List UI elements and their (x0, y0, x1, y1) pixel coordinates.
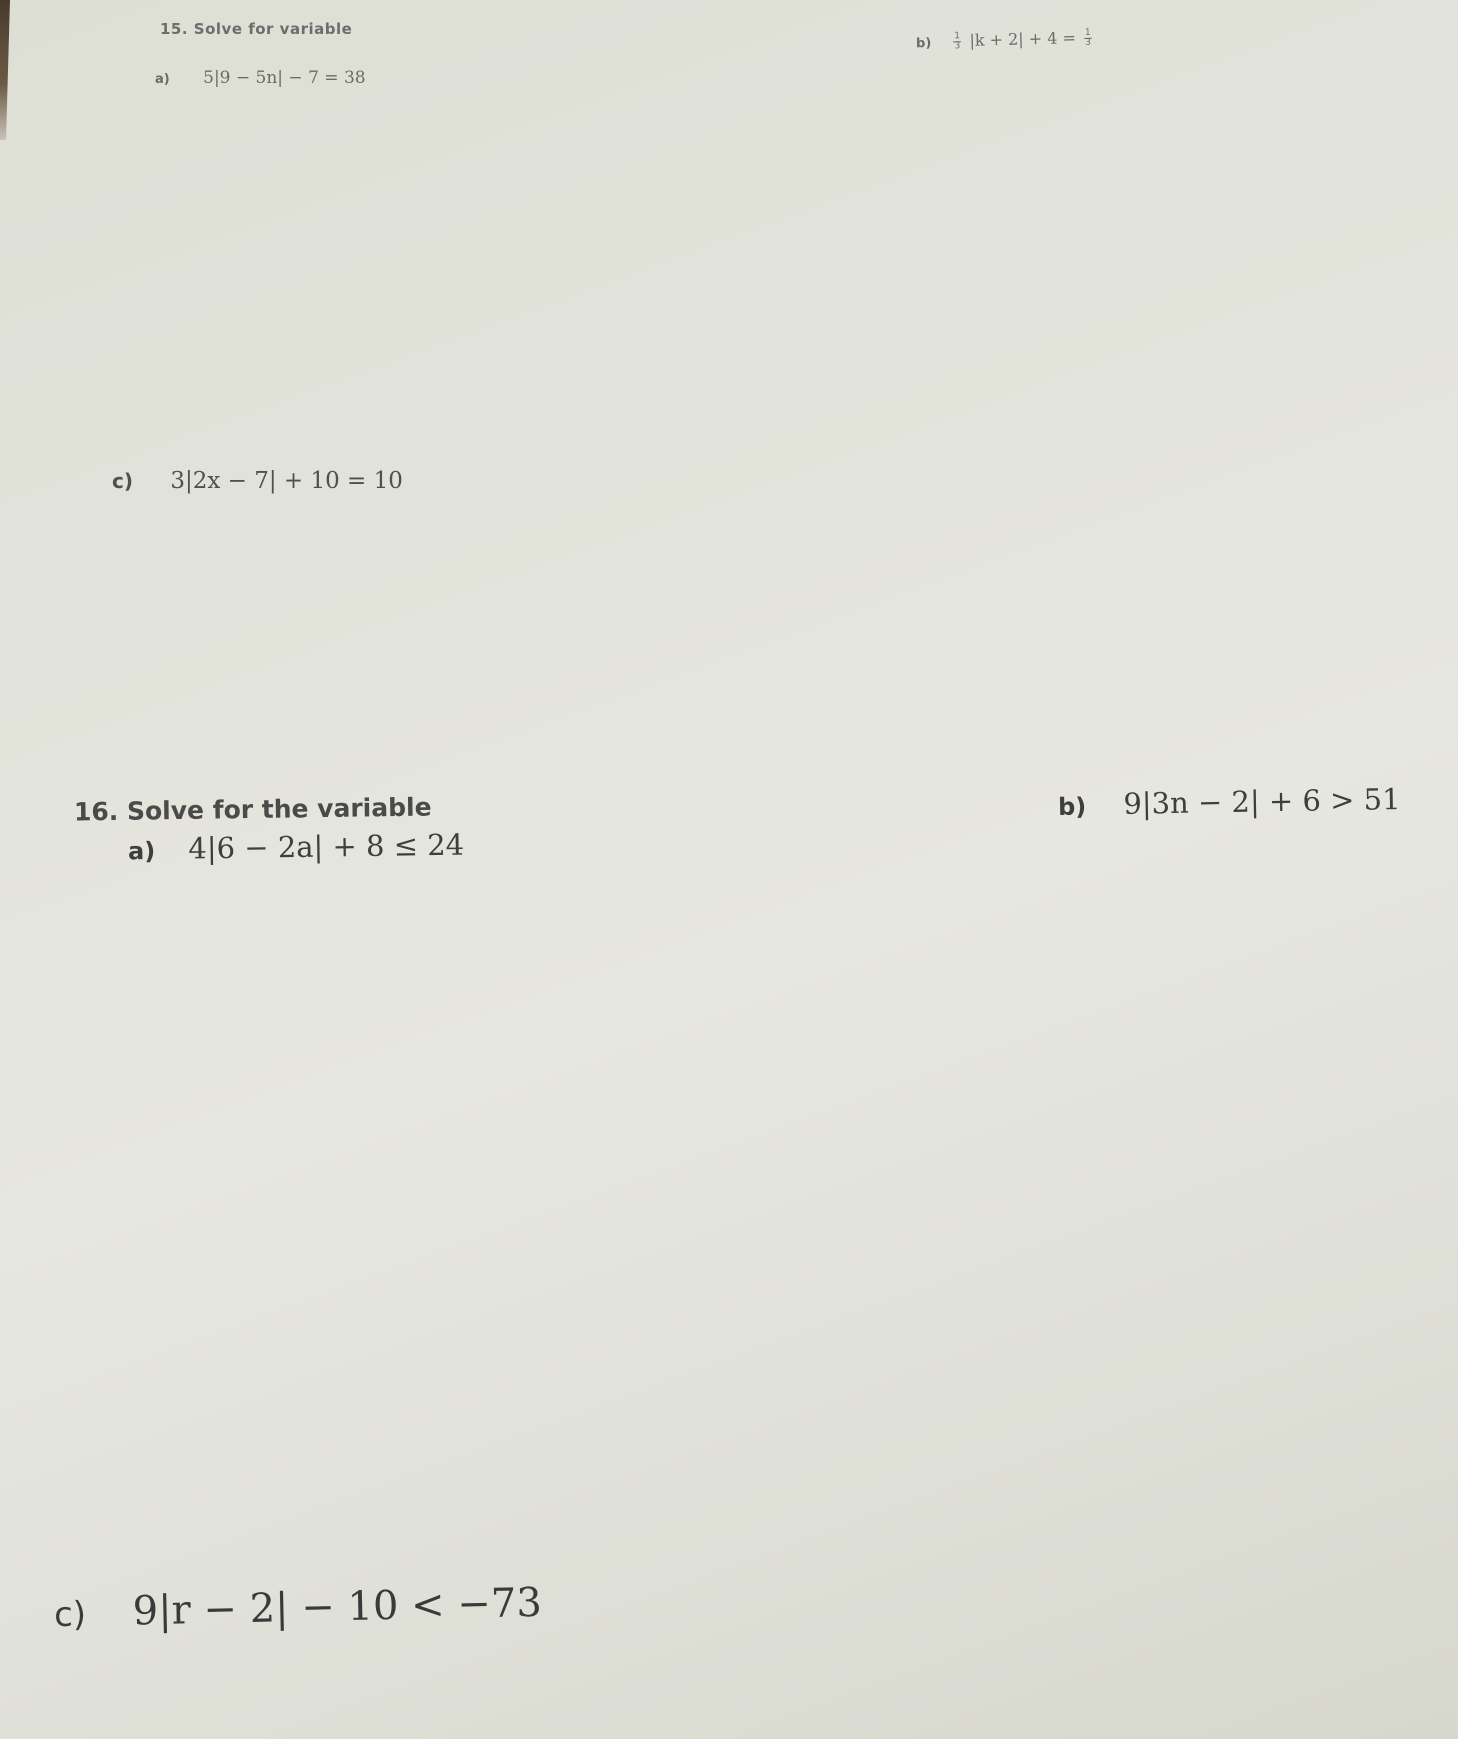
problem-15c: c) 3|2x − 7| + 10 = 10 (112, 468, 403, 494)
problem-15-title: 15. Solve for variable (160, 20, 352, 38)
problem-16-title: 16. Solve for the variable (74, 793, 432, 827)
part-label: a) (128, 837, 156, 865)
part-label: b) (1058, 792, 1087, 820)
denominator: 3 (1085, 39, 1091, 48)
numerator: 1 (954, 32, 960, 41)
coefficient-fraction: 1 3 (953, 32, 961, 51)
inequality: 9|3n − 2| + 6 > 51 (1123, 782, 1401, 821)
problem-15b: b) 1 3 |k + 2| + 4 = 1 3 (916, 28, 1095, 53)
inequality: 4|6 − 2a| + 8 ≤ 24 (188, 828, 464, 866)
rhs-fraction: 1 3 (1084, 29, 1092, 48)
numerator: 1 (1085, 29, 1091, 38)
part-label: c) (112, 469, 133, 493)
problem-16a: a) 4|6 − 2a| + 8 ≤ 24 (128, 828, 465, 867)
problem-16b: b) 9|3n − 2| + 6 > 51 (1058, 782, 1401, 822)
equation: |k + 2| + 4 = (969, 28, 1076, 50)
desk-edge (0, 0, 10, 140)
inequality: 9|r − 2| − 10 < −73 (132, 1580, 542, 1635)
part-label: c) (54, 1594, 87, 1635)
problem-15a: a) 5|9 − 5n| − 7 = 38 (155, 68, 366, 88)
part-label: a) (155, 72, 170, 87)
part-label: b) (916, 36, 932, 51)
denominator: 3 (955, 42, 961, 51)
problem-16c: c) 9|r − 2| − 10 < −73 (54, 1580, 543, 1636)
equation: 5|9 − 5n| − 7 = 38 (203, 68, 365, 88)
equation: 3|2x − 7| + 10 = 10 (170, 468, 403, 494)
